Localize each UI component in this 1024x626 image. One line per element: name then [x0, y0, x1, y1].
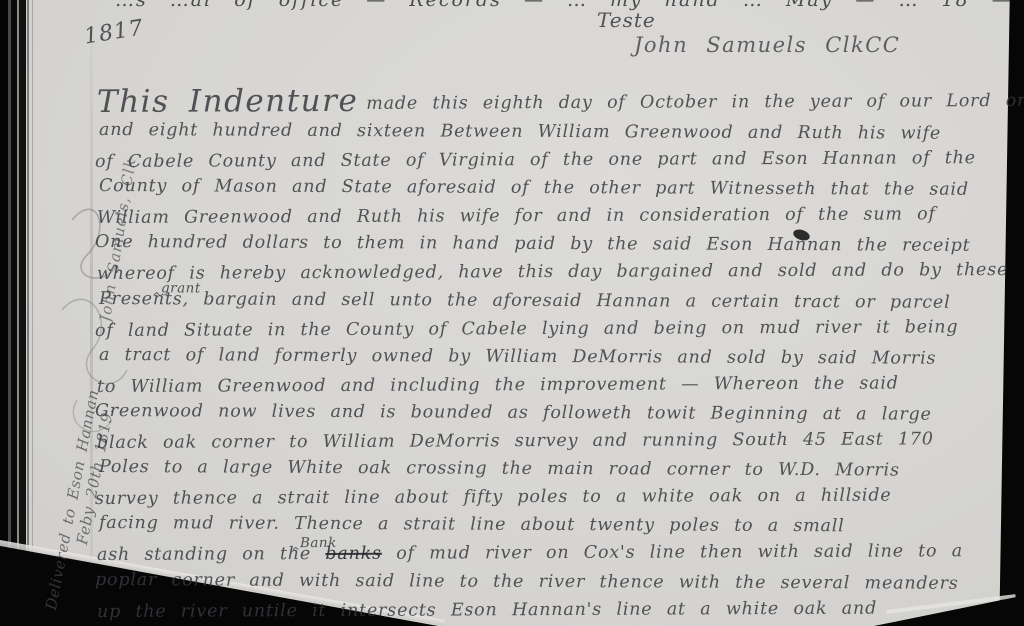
- opening-words: This Indenture: [97, 83, 358, 120]
- deed-line: and eight hundred and sixteen Between Wi…: [99, 118, 1015, 150]
- teste-label: Teste: [597, 8, 656, 32]
- clerk-signature: John Samuels ClkCC: [634, 33, 900, 57]
- deed-line: of land Situate in the County of Cabele …: [95, 315, 1015, 347]
- deed-line-text: Presents, bargain and sell unto the afor…: [99, 289, 951, 313]
- deed-line: Bankash standing on the banks of mud riv…: [97, 539, 1015, 571]
- inserted-word-bank: Bank: [300, 531, 337, 555]
- deed-line: a tract of land formerly owned by Willia…: [99, 343, 1015, 375]
- year-annotation: 1817: [82, 15, 145, 49]
- deed-line: grantPresents, bargain and sell unto the…: [99, 287, 1015, 319]
- deed-line: survey thence a strait line about fifty …: [95, 483, 1015, 515]
- deed-line: of Cabele County and State of Virginia o…: [95, 146, 1015, 178]
- deed-line: to William Greenwood and including the i…: [97, 371, 1015, 403]
- deed-line: up the river untile it intersects Eson H…: [97, 596, 1015, 626]
- deed-line: whereof is hereby acknowledged, have thi…: [97, 258, 1015, 290]
- deed-body: This Indenturemade this eighth day of Oc…: [97, 86, 1015, 626]
- deed-record-page: …s …al of office — Records — … my hand ……: [0, 0, 1024, 626]
- deed-line-text: made this eighth day of October in the y…: [366, 91, 1024, 114]
- page-gutter-line: [27, 0, 29, 626]
- deed-line-text: of mud river on Cox's line then with sai…: [382, 542, 963, 565]
- deed-line: Greenwood now lives and is bounded as fo…: [95, 399, 1015, 431]
- cut-off-top-line: …s …al of office — Records — … my hand ……: [115, 0, 1010, 11]
- deed-line: Poles to a large White oak crossing the …: [99, 455, 1015, 487]
- deed-line: poplar corner and with said line to the …: [95, 567, 1015, 599]
- deed-line: black oak corner to William DeMorris sur…: [97, 427, 1015, 459]
- deed-line: County of Mason and State aforesaid of t…: [99, 174, 1015, 206]
- page-gutter-line-faint: [32, 0, 33, 626]
- book-binding-edge: [0, 0, 26, 626]
- deed-line: This Indenturemade this eighth day of Oc…: [97, 84, 1015, 122]
- deed-line: William Greenwood and Ruth his wife for …: [97, 202, 1015, 234]
- inserted-word-grant: grant: [161, 276, 201, 300]
- deed-line: facing mud river. Thence a strait line a…: [99, 511, 1015, 543]
